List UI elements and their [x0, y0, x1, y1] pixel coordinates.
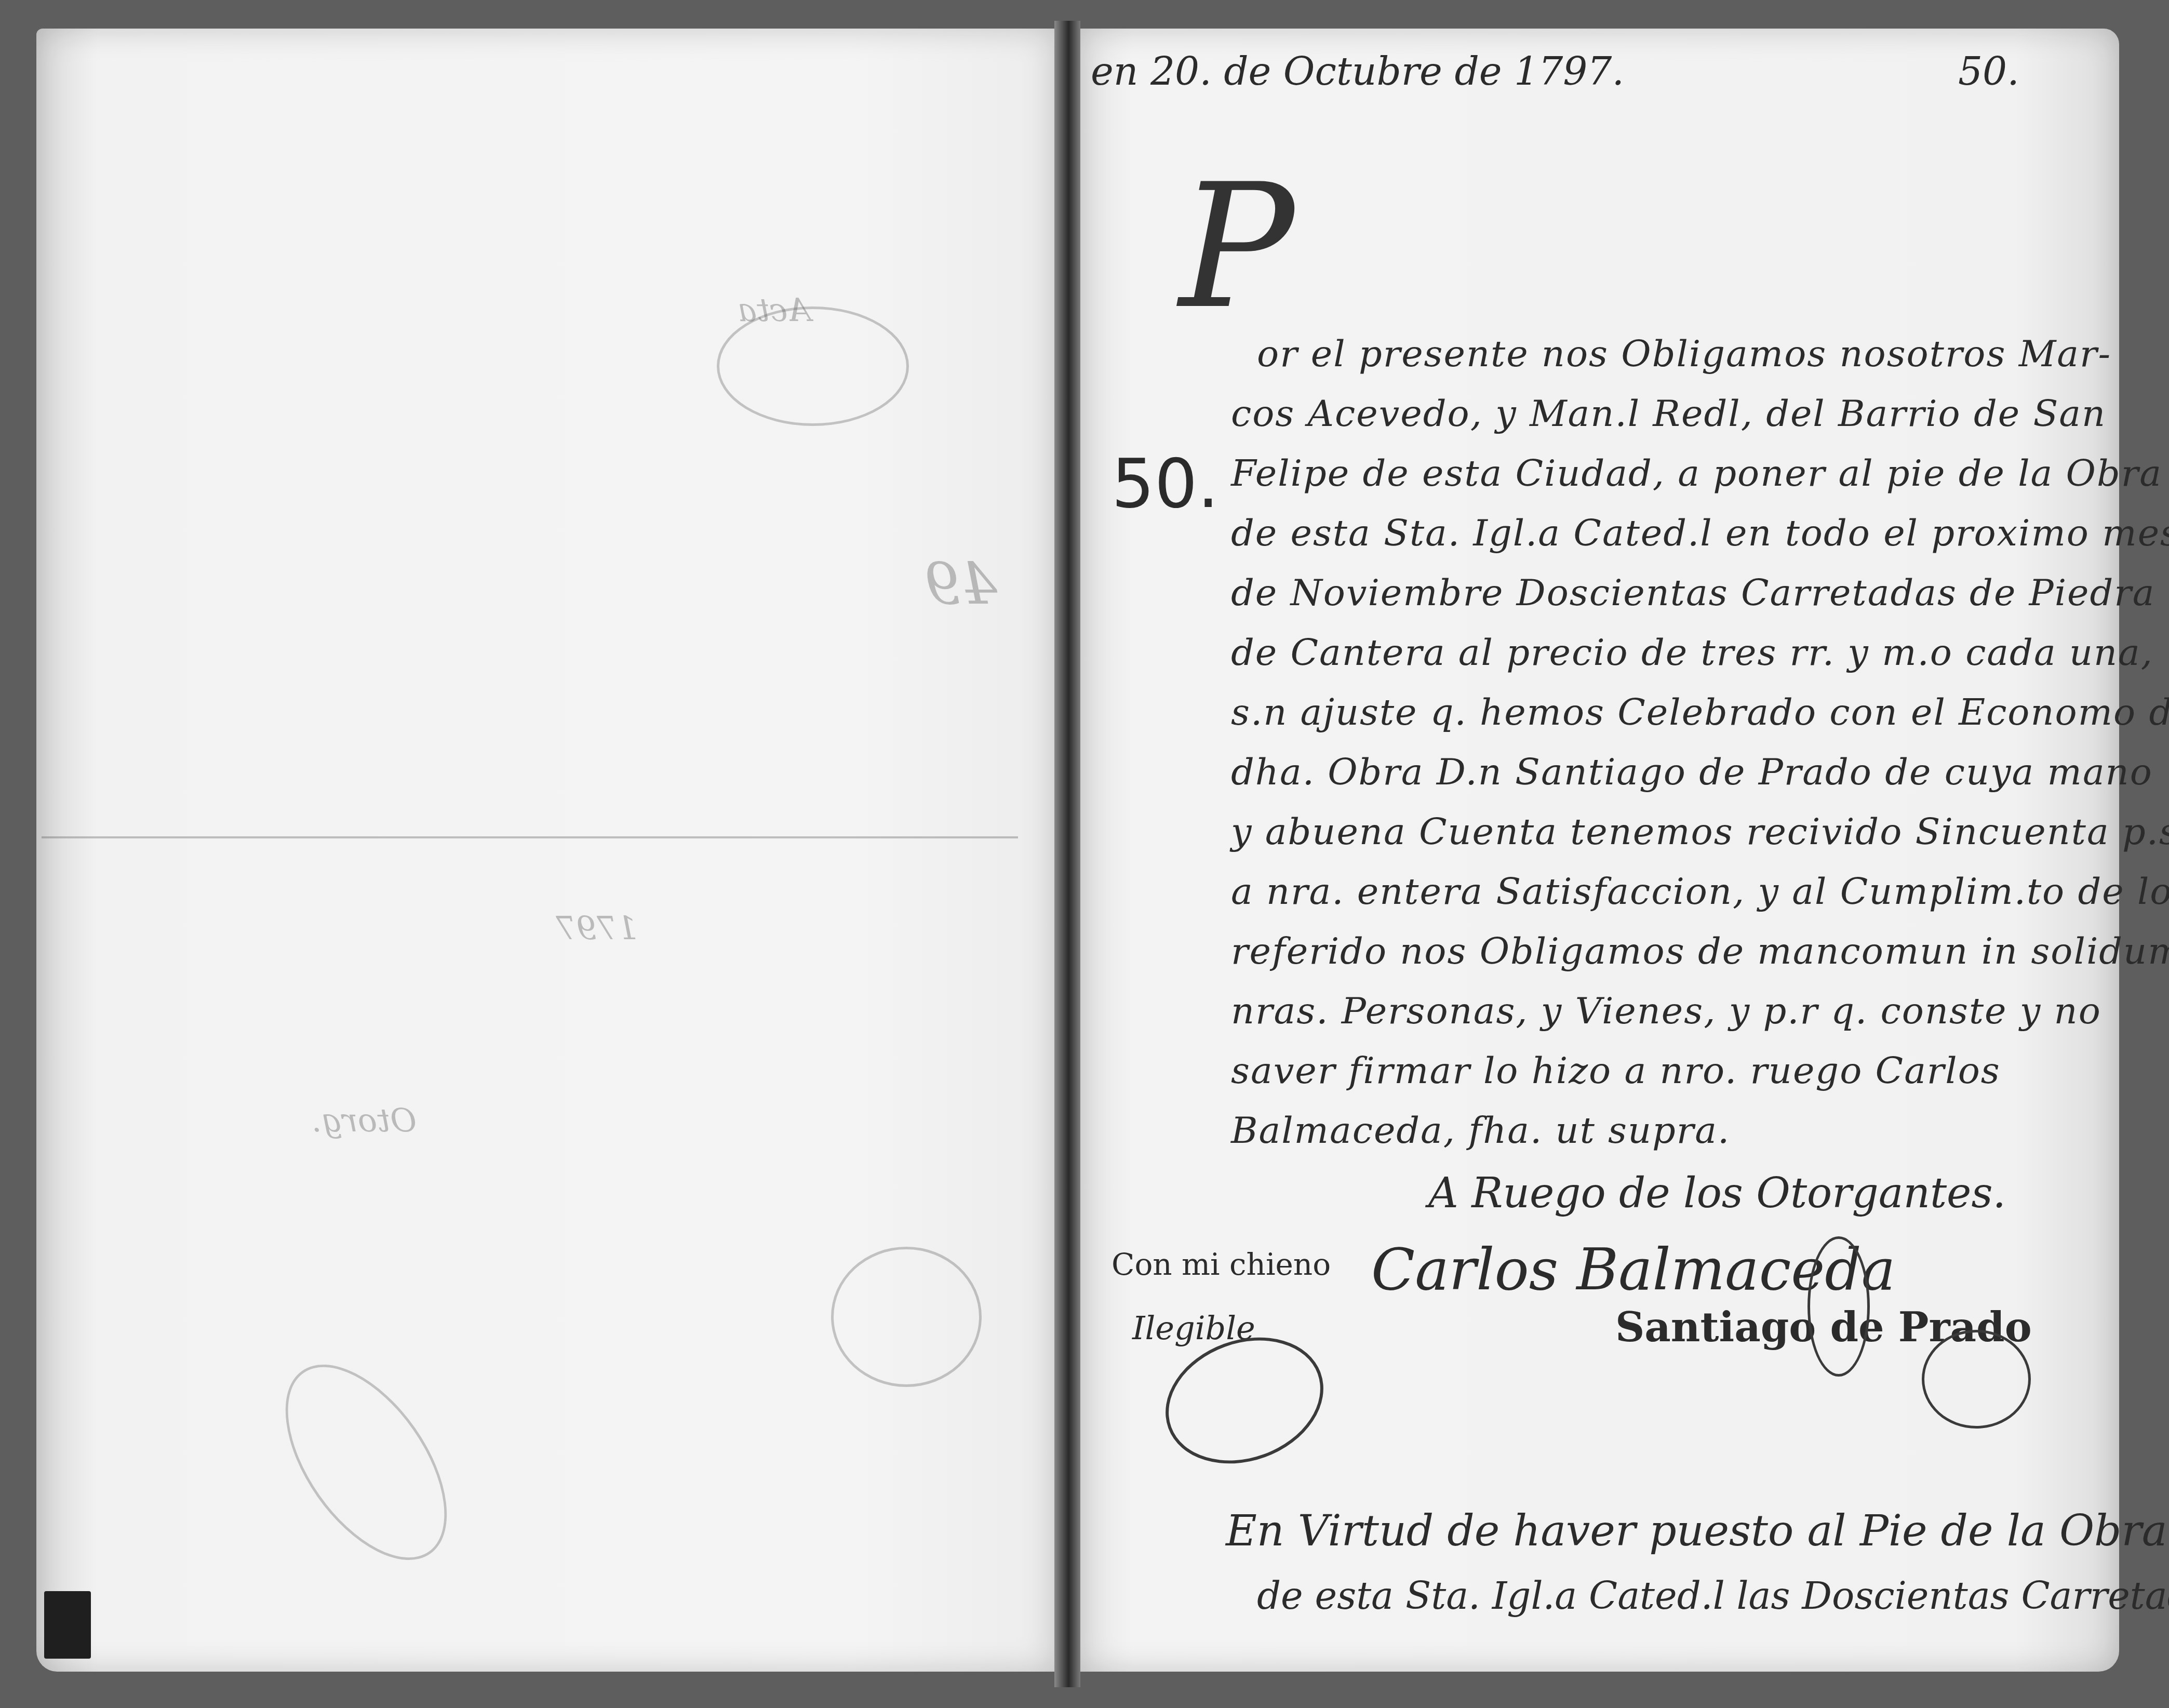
drop-cap: P	[1179, 161, 1294, 332]
page-fold-line	[42, 836, 1018, 838]
body-line: referido nos Obligamos de mancomun in so…	[1231, 930, 2169, 972]
annotation-con-mi-chieno: Con mi chieno	[1112, 1247, 1331, 1282]
manuscript-spread: 49 Acta 1797 Otorg. en 20. de Octubre de…	[0, 0, 2169, 1708]
body-line: cos Acevedo, y Man.l Redl, del Barrio de…	[1231, 392, 2106, 435]
santiago-rubric-flourish	[1922, 1330, 2031, 1429]
body-line: Balmaceda, fha. ut supra.	[1231, 1109, 1730, 1152]
closing-line: A Ruego de los Otorgantes.	[1428, 1169, 2006, 1217]
body-line: or el presente nos Obligamos nosotros Ma…	[1257, 332, 2111, 375]
body-line: s.n ajuste q. hemos Celebrado con el Eco…	[1231, 691, 2169, 733]
left-page	[36, 29, 1054, 1672]
body-line: a nra. entera Satisfaccion, y al Cumplim…	[1231, 870, 2169, 913]
body-line: saver firmar lo hizo a nro. ruego Carlos	[1231, 1049, 2001, 1092]
bleed-fragment: 1797	[556, 909, 638, 947]
second-entry-line: En Virtud de haver puesto al Pie de la O…	[1226, 1506, 2167, 1556]
second-entry-line: de esta Sta. Igl.a Cated.l las Doscienta…	[1257, 1574, 2169, 1618]
body-line: y abuena Cuenta tenemos recivido Sincuen…	[1231, 810, 2169, 853]
body-line: de Cantera al precio de tres rr. y m.o c…	[1231, 631, 2153, 674]
body-line: Felipe de esta Ciudad, a poner al pie de…	[1231, 452, 2162, 495]
bleed-flourish	[831, 1247, 982, 1387]
body-line: dha. Obra D.n Santiago de Prado de cuya …	[1231, 751, 2153, 793]
bleed-fragment: Otorg.	[312, 1101, 417, 1139]
entry-date-header: en 20. de Octubre de 1797.	[1091, 49, 1624, 94]
bleed-flourish	[717, 306, 909, 426]
body-line: de esta Sta. Igl.a Cated.l en todo el pr…	[1231, 512, 2169, 554]
body-line: de Noviembre Doscientas Carretadas de Pi…	[1231, 571, 2155, 614]
left-margin-number: 49	[925, 551, 997, 617]
folio-number: 50.	[1958, 49, 2019, 94]
margin-entry-number: 50.	[1112, 444, 1219, 523]
body-line: nras. Personas, y Vienes, y p.r q. const…	[1231, 990, 2101, 1032]
binding-tab	[44, 1591, 91, 1659]
book-gutter	[1054, 21, 1080, 1687]
carlos-rubric-flourish	[1807, 1236, 1870, 1377]
